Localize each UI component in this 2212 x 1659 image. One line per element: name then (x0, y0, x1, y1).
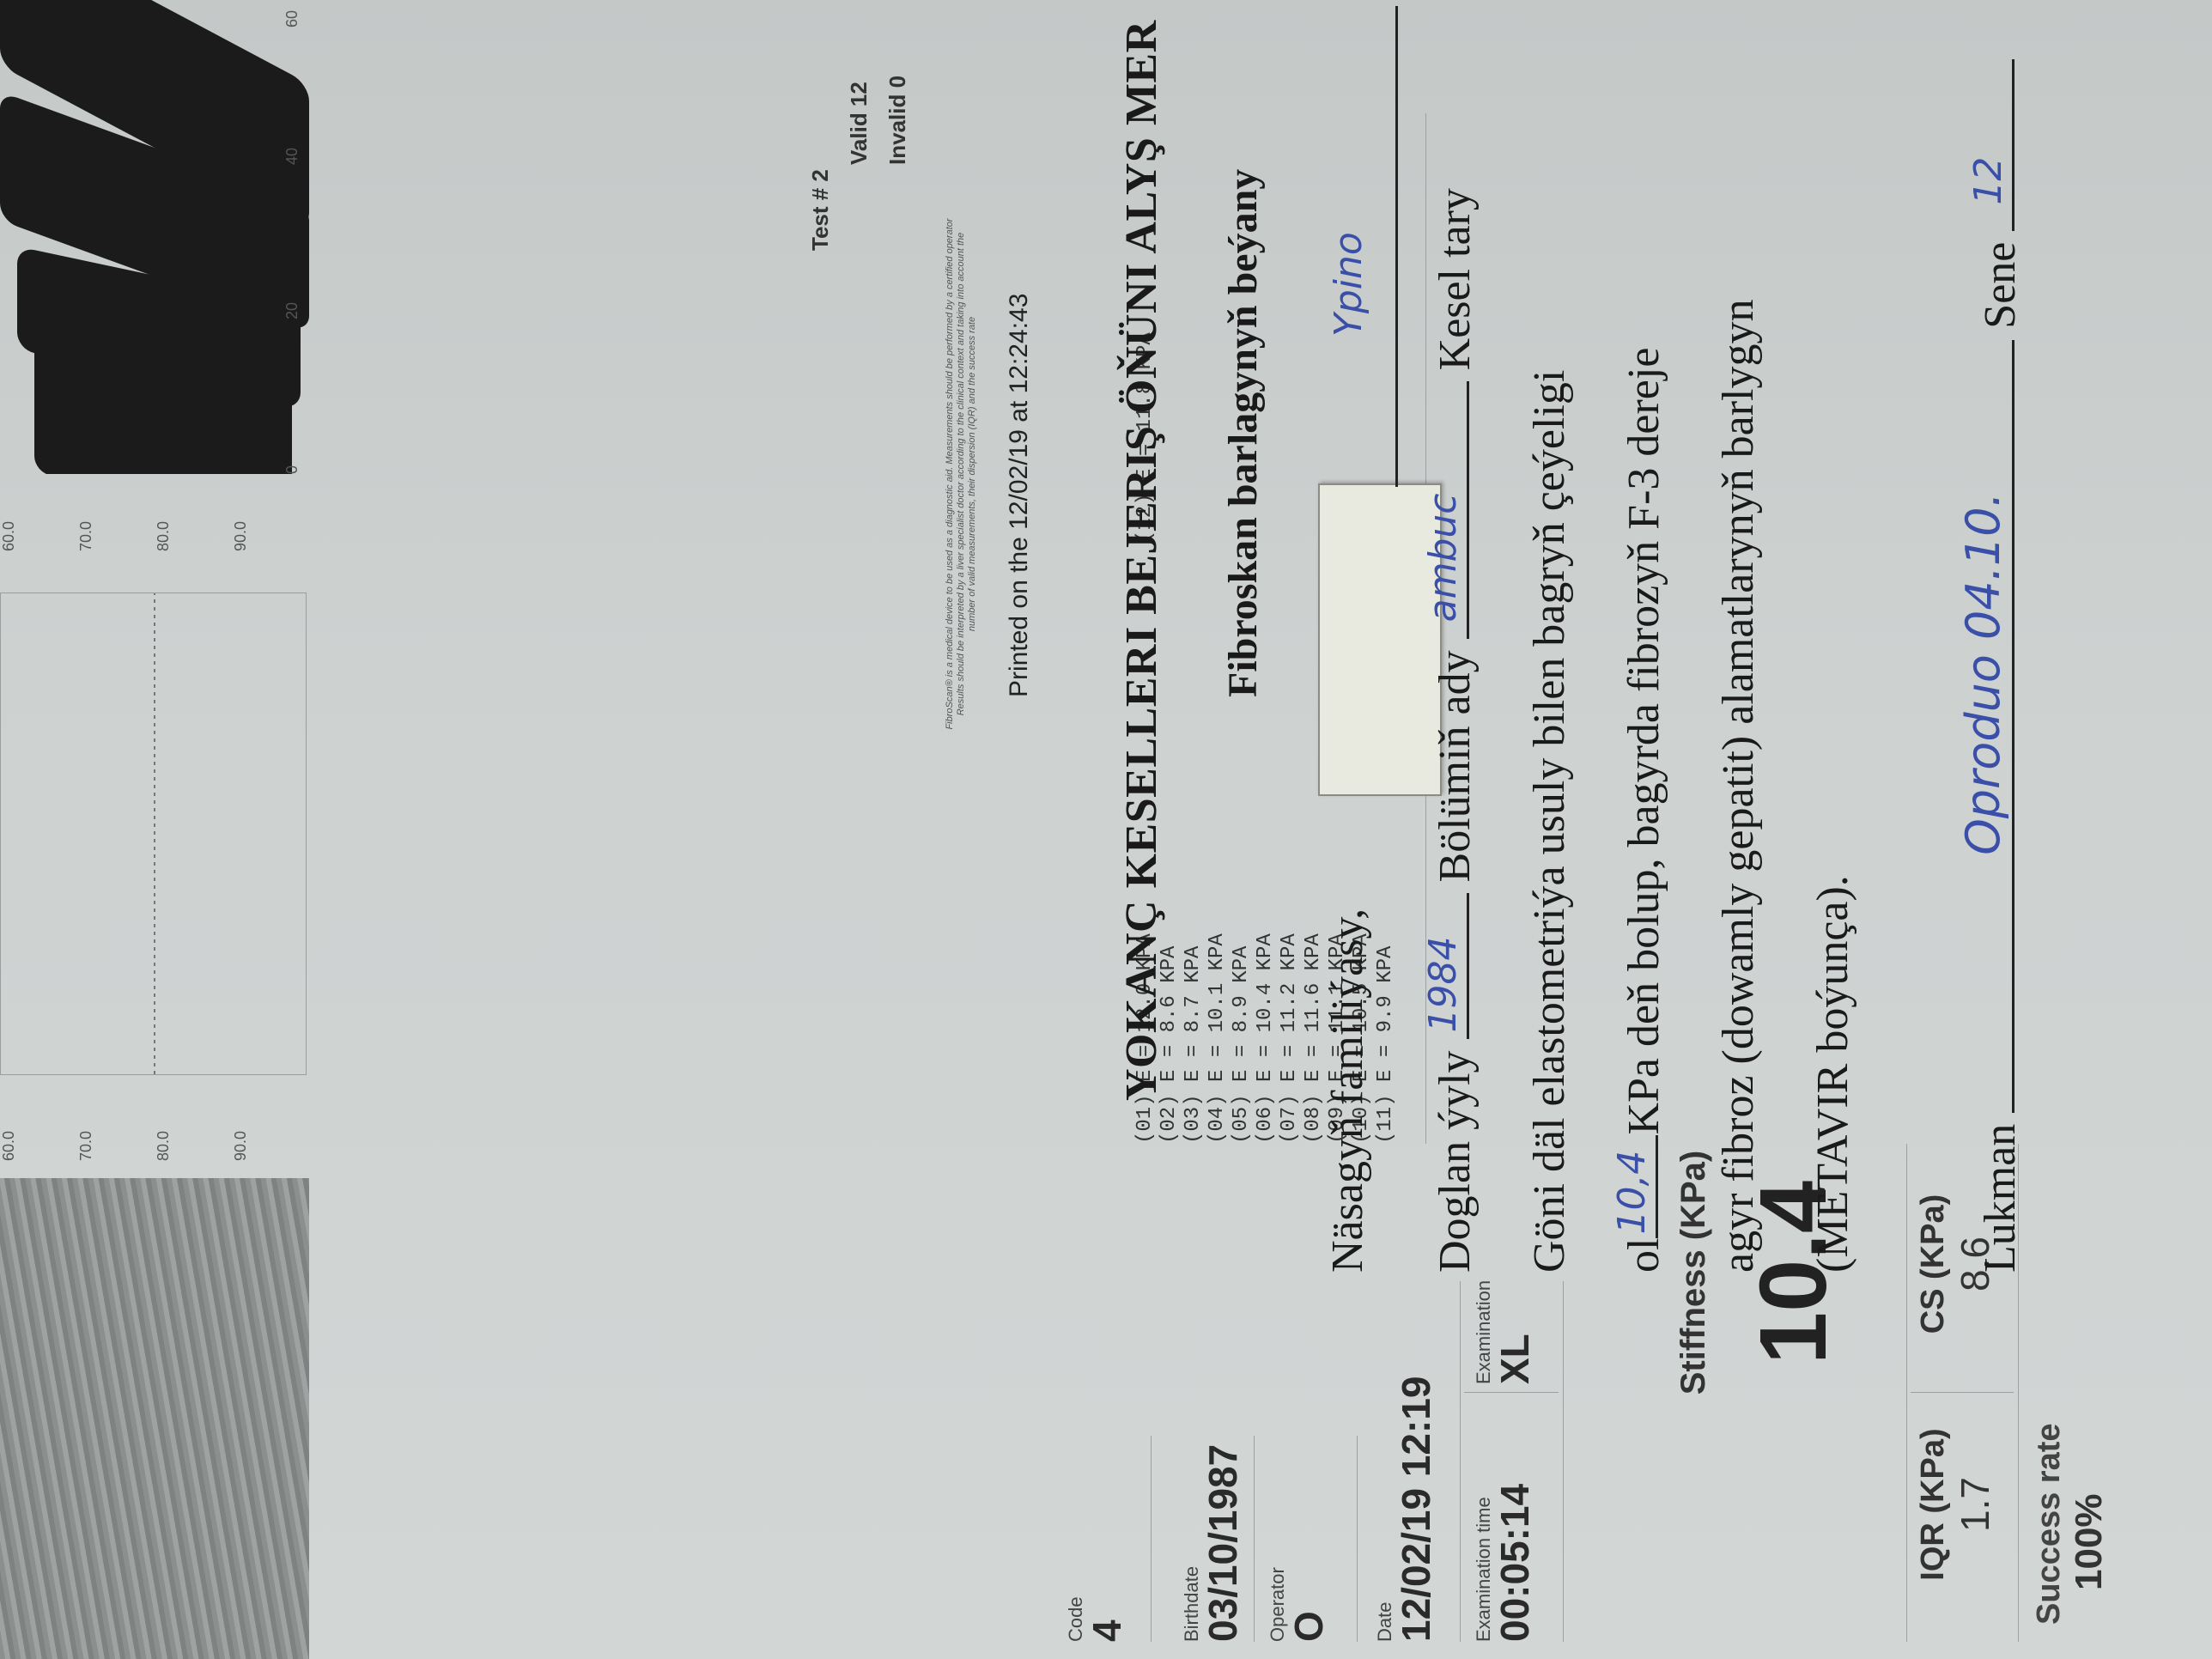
exam-time: Examination time 00:05:14 (1473, 1484, 1534, 1642)
exam-time-value: 00:05:14 (1495, 1484, 1534, 1642)
depth-tick: 60.0 (0, 1131, 18, 1161)
a-mode-trace (0, 592, 307, 1075)
department-field[interactable]: ambuc (1467, 381, 1469, 639)
ultrasound-image (0, 1178, 309, 1659)
form-title: YOKANÇ KESELLERI BEJERIŞ ÖŇÜNI ALYŞ MER (1116, 20, 1167, 1101)
date-field[interactable]: 12 (2012, 59, 2014, 231)
patient-name-underline (1395, 6, 1398, 487)
disclaimer-line: number of valid measurements, their disp… (967, 0, 978, 989)
time-tick: 20 (283, 302, 301, 319)
printed-on: Printed on the 12/02/19 at 12:24:43 (1005, 294, 1034, 697)
depth-tick: 80.0 (155, 521, 173, 551)
measurement-row: (05) E = 8.9 KPA (1230, 933, 1254, 1144)
elastography-strip: 60.0 70.0 80.0 90.0 60.0 70.0 80.0 90.0 … (0, 0, 343, 1659)
birth-year-handwritten: 1984 (1421, 936, 1465, 1032)
success-rate-label: Success rate (2031, 1424, 2068, 1626)
time-tick: 40 (283, 148, 301, 165)
time-tick: 60 (283, 10, 301, 27)
patient-name-label: Näsagyň familiýasy, (1323, 908, 1372, 1273)
measurement-row: (04) E = 10.1 KPA (1206, 933, 1230, 1144)
date-label: Sene (1976, 242, 2025, 329)
operator-value: O (1289, 1567, 1328, 1642)
body-line-1: Göni däl elastometriýa usuly bilen bagry… (1524, 370, 1575, 1273)
disclaimer: FibroScan® is a medical device to be use… (945, 0, 978, 989)
patient-code: Code 4 (1065, 1596, 1127, 1642)
valid-count: Valid 12 (846, 82, 872, 165)
measurement-row: (03) E = 8.7 KPA (1182, 933, 1206, 1144)
iqr-label: IQR (KPa) (1915, 1401, 1952, 1607)
document-page: 60.0 70.0 80.0 90.0 60.0 70.0 80.0 90.0 … (0, 0, 2212, 1659)
iqr-block: IQR (KPa) 1.7 (1915, 1401, 1998, 1607)
measurement-row: (11) E = 9.9 KPA (1374, 933, 1398, 1144)
success-rate-value: 100% (2068, 1424, 2111, 1591)
depth-tick: 80.0 (155, 1131, 173, 1161)
date-value: 12/02/19 12:19 (1396, 1376, 1436, 1643)
body-line-3: agyr fibroz (dowamly gepatit) alamatlary… (1713, 300, 1764, 1273)
time-tick: 0 (283, 465, 301, 474)
operator: Operator O (1267, 1567, 1328, 1642)
disclaimer-line: Results should be interpreted by a liver… (956, 0, 967, 989)
patient-birthdate: Birthdate 03/10/1987 (1181, 1444, 1243, 1642)
exam-date: Date 12/02/19 12:19 (1374, 1376, 1436, 1643)
exam-probe: Examination XL (1473, 1280, 1534, 1384)
history-label: Kesel tary (1431, 188, 1480, 370)
department-handwritten: ambuc (1421, 494, 1465, 623)
doctor-signature-field[interactable]: Oproduo 04.10. (2012, 340, 2014, 1113)
measurement-row: (06) E = 10.4 KPA (1254, 933, 1278, 1144)
disclaimer-line: FibroScan® is a medical device to be use… (945, 0, 956, 989)
kpa-handwritten: 10,4 (1610, 1151, 1654, 1235)
depth-tick: 90.0 (232, 1131, 250, 1161)
doctor-label: Lukman (1976, 1124, 2025, 1273)
body-line-4: (METAVIR boýunça). (1808, 875, 1858, 1273)
doctor-signature: Oproduo 04.10. (1956, 492, 2010, 854)
birth-year-label: Doglan ýyly (1431, 1050, 1480, 1273)
depth-tick: 70.0 (77, 1131, 95, 1161)
depth-tick: 90.0 (232, 521, 250, 551)
patient-name-row: Näsagyň familiýasy, (1322, 908, 1373, 1273)
form-subtitle: Fibroskan barlagynyň beýany (1219, 169, 1267, 697)
cs-label: CS (KPa) (1915, 1161, 1952, 1367)
trace-signal (154, 593, 155, 1074)
code-value: 4 (1087, 1596, 1127, 1642)
invalid-count: Invalid 0 (884, 76, 911, 165)
measurement-row: (07) E = 11.2 KPA (1278, 933, 1302, 1144)
birthdate-value: 03/10/1987 (1203, 1444, 1243, 1642)
test-number: Test # 2 (807, 169, 834, 251)
elastogram (0, 0, 309, 474)
stiffness-label: Stiffness (KPa) (1674, 1058, 1713, 1487)
body-line2-suffix: KPa deň bolup, bagyrda fibrozyň F-3 dere… (1619, 348, 1668, 1135)
body-line-2: ol10,4KPa deň bolup, bagyrda fibrozyň F-… (1619, 348, 1669, 1273)
birth-year-row: Doglan ýyly 1984 Bölümiň ady ambuc Kesel… (1430, 188, 1480, 1273)
body-line2-prefix: ol (1619, 1238, 1668, 1273)
depth-tick: 70.0 (77, 521, 95, 551)
depth-tick: 60.0 (0, 521, 18, 551)
kpa-field[interactable]: 10,4 (1656, 1135, 1658, 1238)
iqr-value: 1.7 (1952, 1401, 1998, 1607)
signature-row: Lukman Oproduo 04.10. Sene 12 (1975, 59, 2026, 1273)
exam-value: XL (1495, 1280, 1534, 1384)
patient-name-handwritten: Ypino (1327, 232, 1370, 337)
birth-year-field[interactable]: 1984 (1467, 893, 1469, 1039)
department-label: Bölümiň ady (1431, 650, 1480, 882)
success-rate-block: Success rate 100% (2031, 1424, 2111, 1626)
date-handwritten: 12 (1966, 157, 2010, 205)
